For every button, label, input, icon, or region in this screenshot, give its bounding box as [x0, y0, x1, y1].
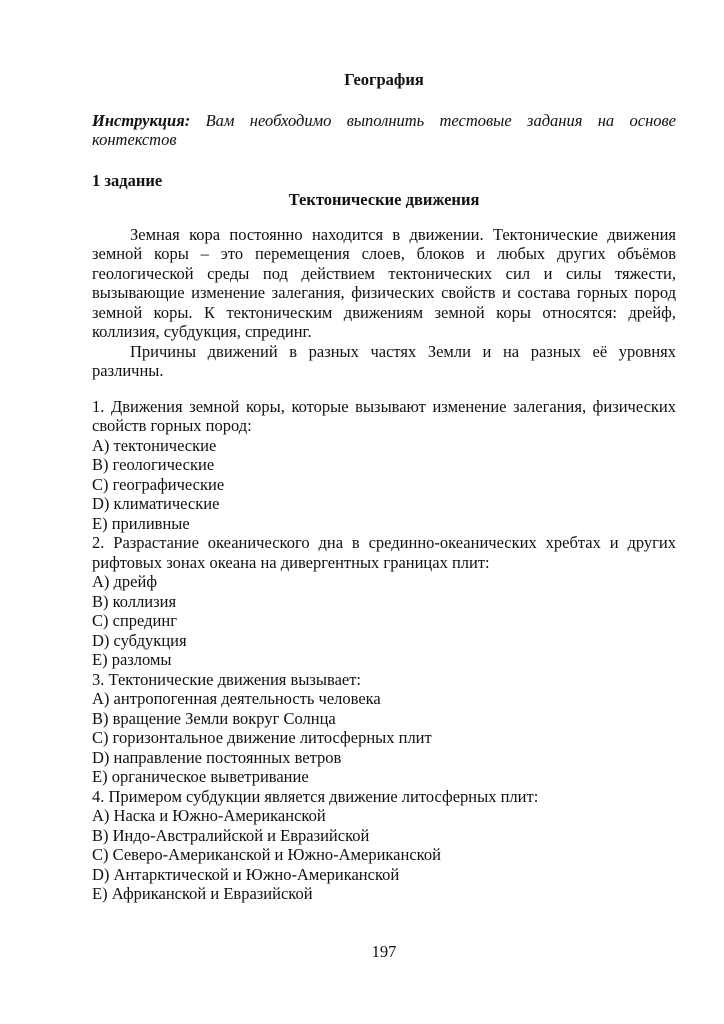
question-text: 1. Движения земной коры, которые вызываю… [92, 397, 676, 436]
task-number-label: 1 задание [92, 171, 676, 191]
task-subtitle: Тектонические движения [92, 190, 676, 210]
option-line: D) направление постоянных ветров [92, 748, 676, 768]
option-line: E) приливные [92, 514, 676, 534]
option-line: B) Индо-Австралийской и Евразийской [92, 826, 676, 846]
option-line: C) Северо-Американской и Южно-Американск… [92, 845, 676, 865]
option-line: D) Антарктической и Южно-Американской [92, 865, 676, 885]
option-line: A) дрейф [92, 572, 676, 592]
option-line: A) антропогенная деятельность человека [92, 689, 676, 709]
page-title: География [92, 70, 676, 90]
question-block-1: 1. Движения земной коры, которые вызываю… [92, 397, 676, 534]
option-line: C) географические [92, 475, 676, 495]
question-block-4: 4. Примером субдукции является движение … [92, 787, 676, 904]
question-block-3: 3. Тектонические движения вызывает: A) а… [92, 670, 676, 787]
questions-section: 1. Движения земной коры, которые вызываю… [92, 397, 676, 904]
question-text: 2. Разрастание океанического дна в среди… [92, 533, 676, 572]
option-line: E) органическое выветривание [92, 767, 676, 787]
option-line: D) субдукция [92, 631, 676, 651]
question-block-2: 2. Разрастание океанического дна в среди… [92, 533, 676, 670]
question-text: 3. Тектонические движения вызывает: [92, 670, 676, 690]
option-line: E) разломы [92, 650, 676, 670]
option-line: D) климатические [92, 494, 676, 514]
option-line: C) горизонтальное движение литосферных п… [92, 728, 676, 748]
option-line: E) Африканской и Евразийской [92, 884, 676, 904]
question-text: 4. Примером субдукции является движение … [92, 787, 676, 807]
option-line: A) тектонические [92, 436, 676, 456]
intro-paragraph-1: Земная кора постоянно находится в движен… [92, 225, 676, 342]
instruction-label: Инструкция: [92, 111, 190, 130]
option-line: C) спрединг [92, 611, 676, 631]
option-line: B) геологические [92, 455, 676, 475]
option-line: A) Наска и Южно-Американской [92, 806, 676, 826]
instruction-paragraph: Инструкция: Вам необходимо выполнить тес… [92, 111, 676, 150]
intro-paragraph-2: Причины движений в разных частях Земли и… [92, 342, 676, 381]
document-page: География Инструкция: Вам необходимо вып… [0, 0, 724, 1024]
option-line: B) коллизия [92, 592, 676, 612]
option-line: B) вращение Земли вокруг Солнца [92, 709, 676, 729]
page-number: 197 [92, 942, 676, 962]
